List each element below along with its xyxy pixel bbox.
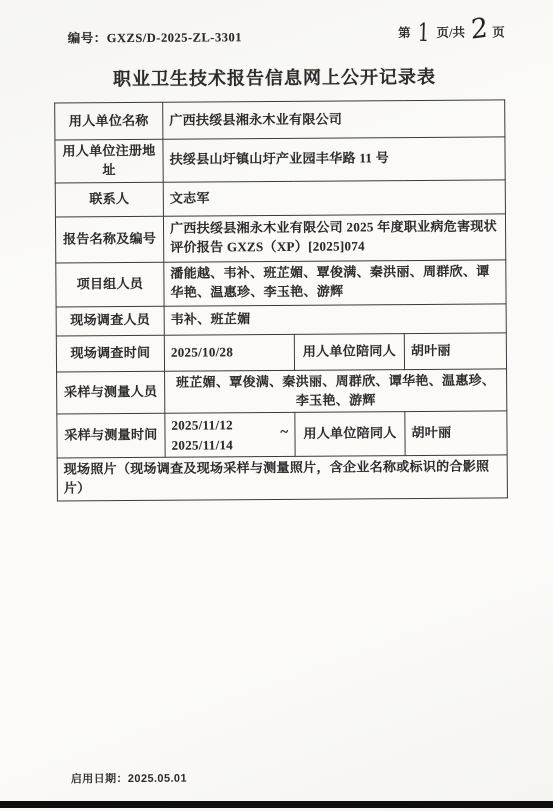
date-end: 2025/11/14 [171, 435, 288, 455]
page-prefix-label: 第 [398, 23, 411, 41]
handwritten-current-page: 1 [417, 19, 429, 44]
row-label: 联系人 [55, 182, 163, 217]
page-number-indicator: 第 1 页/共 2 页 [398, 12, 505, 51]
table-row-site-survey-date: 现场调查时间 2025/10/28 用人单位陪同人 胡叶丽 [56, 333, 506, 372]
row-value: 2025/10/28 [164, 334, 294, 371]
page-title: 职业卫生技术报告信息网上公开记录表 [0, 62, 551, 92]
table-row-report-name-number: 报告名称及编号 广西扶绥县湘永木业有限公司 2025 年度职业病危害现状评价报告… [55, 214, 505, 263]
row-value: 潘能越、韦补、班芷媚、覃俊满、秦洪丽、周群欣、谭华艳、温惠珍、李玉艳、游辉 [164, 260, 506, 306]
row-label-accompanying-person: 用人单位陪同人 [294, 333, 404, 370]
row-value: 广西扶绥县湘永木业有限公司 2025 年度职业病危害现状评价报告 GXZS（XP… [163, 214, 505, 262]
document-number: 编号：GXZS/D-2025-ZL-3301 [68, 27, 242, 46]
effective-date: 启用日期：2025.05.01 [71, 770, 187, 787]
row-value: 广西扶绥县湘永木业有限公司 [163, 100, 505, 139]
table-row-project-team: 项目组人员 潘能越、韦补、班芷媚、覃俊满、秦洪丽、周群欣、谭华艳、温惠珍、李玉艳… [56, 260, 506, 307]
date-start: 2025/11/12 [171, 415, 288, 435]
row-value: 文志军 [163, 180, 505, 216]
row-label: 用人单位名称 [55, 102, 163, 140]
document-content: 编号：GXZS/D-2025-ZL-3301 第 1 页/共 2 页 职业卫生技… [0, 0, 553, 811]
row-value-accompanying-person: 胡叶丽 [404, 333, 506, 370]
page-suffix-label: 页 [492, 22, 505, 40]
row-value: 韦补、班芷媚 [164, 304, 506, 335]
table-row-contact-person: 联系人 文志军 [55, 180, 505, 217]
site-photos-note: 现场照片（现场调查及现场采样与测量照片，含企业名称或标识的合影照片） [57, 455, 507, 501]
row-value-accompanying-person: 胡叶丽 [405, 411, 507, 456]
table-row-site-photos: 现场照片（现场调查及现场采样与测量照片，含企业名称或标识的合影照片） [57, 455, 507, 501]
date-range-tilde: ~ [280, 422, 288, 444]
row-label: 采样与测量时间 [57, 414, 165, 459]
row-label: 现场调查人员 [56, 306, 164, 336]
date-range-values: 2025/11/12 2025/11/14 [171, 415, 288, 455]
table-row-sampling-staff: 采样与测量人员 班芷媚、覃俊满、秦洪丽、周群欣、谭华艳、温惠珍、李玉艳、游辉 [57, 369, 507, 415]
row-label: 现场调查时间 [56, 335, 164, 372]
row-label: 用人单位注册地址 [55, 139, 163, 182]
table-row-registered-address: 用人单位注册地址 扶绥县山圩镇山圩产业园丰华路 11 号 [55, 137, 505, 183]
scan-edge-bar [0, 801, 553, 808]
table-row-sampling-date: 采样与测量时间 2025/11/12 2025/11/14 ~ 用人单位陪同人 … [57, 411, 507, 458]
table-row-employer-name: 用人单位名称 广西扶绥县湘永木业有限公司 [55, 100, 505, 140]
row-label: 报告名称及编号 [55, 216, 163, 263]
table-row-site-survey-staff: 现场调查人员 韦补、班芷媚 [56, 304, 506, 336]
row-value: 班芷媚、覃俊满、秦洪丽、周群欣、谭华艳、温惠珍、李玉艳、游辉 [165, 369, 507, 414]
handwritten-total-pages: 2 [471, 14, 489, 43]
record-table: 用人单位名称 广西扶绥县湘永木业有限公司 用人单位注册地址 扶绥县山圩镇山圩产业… [54, 99, 508, 501]
row-label: 项目组人员 [56, 262, 164, 307]
row-label: 采样与测量人员 [57, 371, 165, 414]
row-label-accompanying-person: 用人单位陪同人 [295, 412, 405, 457]
row-value: 扶绥县山圩镇山圩产业园丰华路 11 号 [163, 137, 505, 182]
sampling-date-range: 2025/11/12 2025/11/14 ~ [165, 413, 295, 458]
page-middle-label: 页/共 [436, 23, 465, 41]
